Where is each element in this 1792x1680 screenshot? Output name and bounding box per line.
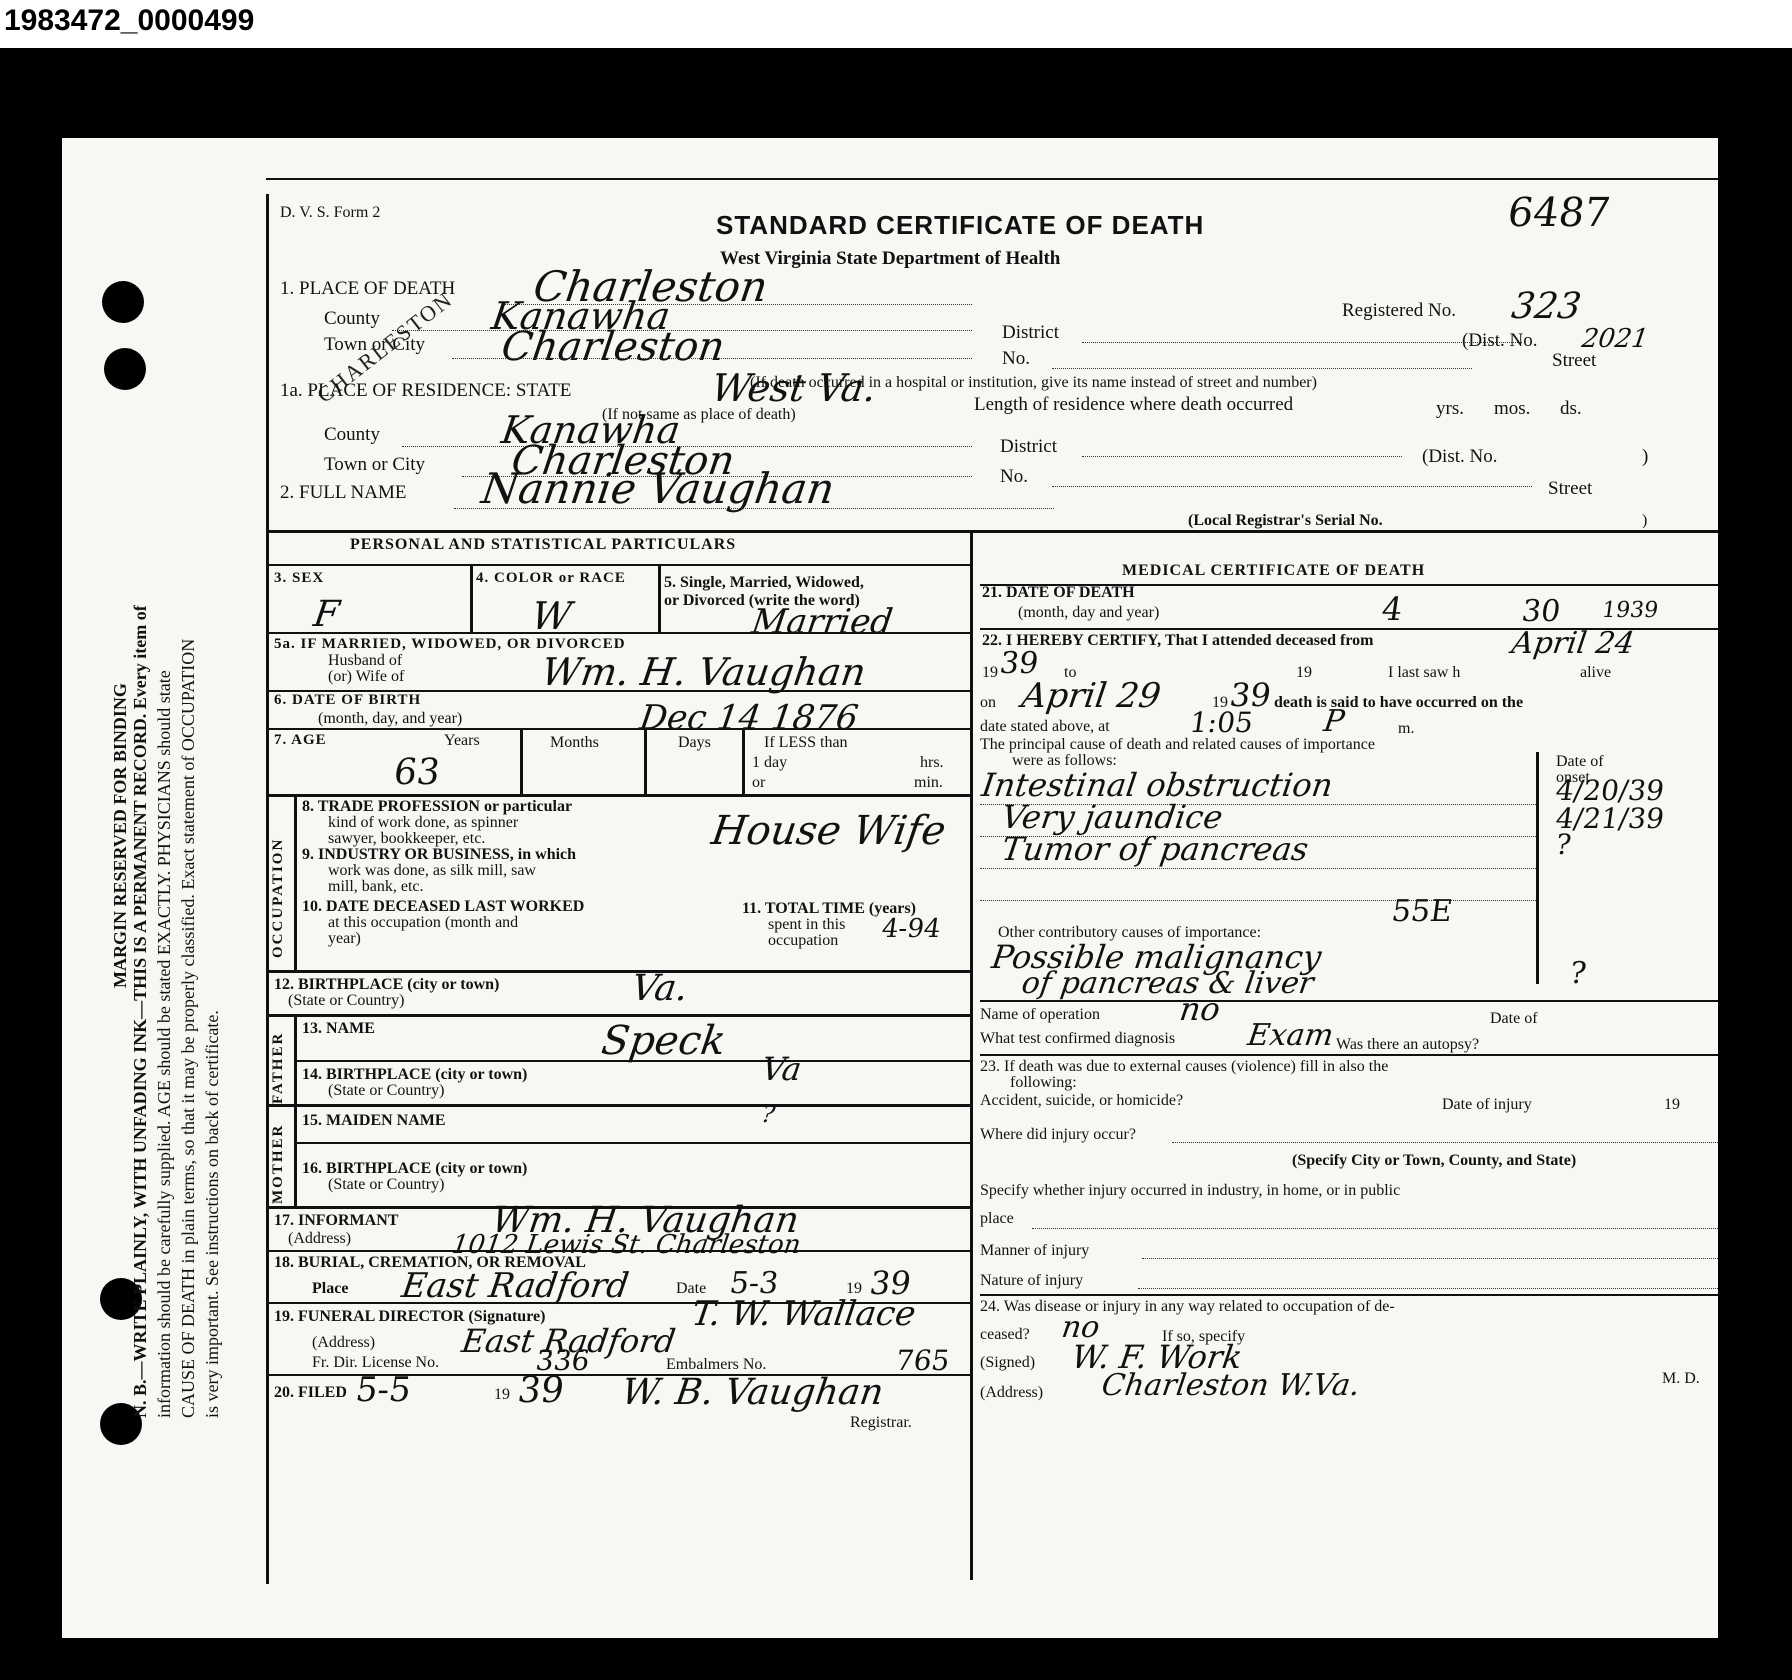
dod-year: 1939 bbox=[1600, 598, 1660, 623]
length-label: Length of residence where death occurred bbox=[974, 394, 1293, 416]
where-note: (Specify City or Town, County, and State… bbox=[1292, 1152, 1576, 1170]
filed-year-prefix: 19 bbox=[494, 1386, 510, 1404]
father-side-rule bbox=[294, 1014, 297, 1114]
nature-rule bbox=[980, 1294, 1718, 1296]
occ-related-label-2: ceased? bbox=[980, 1326, 1030, 1344]
less-hrs: hrs. bbox=[920, 754, 944, 772]
maiden-label: 15. MAIDEN NAME bbox=[302, 1112, 446, 1130]
last-saw-date: April 29 bbox=[1019, 676, 1163, 716]
age-label: 7. AGE bbox=[274, 732, 327, 749]
margin-binding-note: MARGIN RESERVED FOR BINDING bbox=[110, 683, 131, 988]
manner-label: Manner of injury bbox=[980, 1242, 1089, 1260]
ds-label: ds. bbox=[1560, 398, 1582, 420]
row6-rule bbox=[266, 728, 970, 730]
father-side-label: FATHER bbox=[270, 1032, 287, 1104]
signed-label: (Signed) bbox=[980, 1354, 1035, 1372]
maiden-value: ? bbox=[760, 1100, 777, 1128]
nature-line bbox=[1138, 1288, 1718, 1289]
father-name: Speck bbox=[599, 1018, 729, 1064]
full-name-label: 2. FULL NAME bbox=[280, 482, 407, 504]
operation-date-label: Date of bbox=[1490, 1010, 1538, 1028]
where-label: Where did injury occur? bbox=[980, 1126, 1136, 1144]
years-label: Years bbox=[444, 732, 480, 750]
years-divider bbox=[520, 728, 523, 794]
certificate-title: STANDARD CERTIFICATE OF DEATH bbox=[716, 210, 1204, 241]
age-years: 63 bbox=[391, 752, 443, 793]
operation-value: no bbox=[1177, 990, 1222, 1028]
trade-value: House Wife bbox=[709, 808, 949, 854]
informant-label: 17. INFORMANT bbox=[274, 1212, 398, 1230]
informant-address-label: (Address) bbox=[288, 1230, 351, 1248]
certificate-number: 6487 bbox=[1505, 190, 1613, 236]
injury-date-label: Date of injury bbox=[1442, 1096, 1532, 1114]
marital-value: Married bbox=[749, 602, 895, 642]
sex-label: 3. SEX bbox=[274, 570, 324, 587]
spouse-label-3: (or) Wife of bbox=[328, 668, 404, 686]
cause-3-line bbox=[980, 868, 1536, 869]
personal-section-title: PERSONAL AND STATISTICAL PARTICULARS bbox=[350, 536, 736, 554]
town-line bbox=[452, 358, 972, 359]
residence-dist-close: ) bbox=[1642, 446, 1648, 468]
binding-hole-middle bbox=[104, 348, 146, 390]
residence-district-label: District bbox=[1000, 436, 1057, 458]
burial-place-label: Place bbox=[312, 1280, 348, 1298]
days-divider bbox=[742, 728, 745, 794]
last-saw-label: I last saw h bbox=[1388, 664, 1460, 682]
yrs-label: yrs. bbox=[1436, 398, 1464, 420]
margin-instructions-4: is very important. See instructions on b… bbox=[202, 1010, 223, 1418]
no-line bbox=[1052, 368, 1472, 369]
filed-label: 20. FILED bbox=[274, 1384, 347, 1402]
filed-year: 39 bbox=[515, 1370, 567, 1411]
dod-label-2: (month, day and year) bbox=[1018, 604, 1159, 622]
manner-line bbox=[1142, 1258, 1718, 1259]
burial-place: East Radford bbox=[399, 1266, 631, 1306]
residence-no-label: No. bbox=[1000, 466, 1028, 488]
death-certificate: MARGIN RESERVED FOR BINDING N. B.—WRITE … bbox=[62, 138, 1718, 1638]
occ-related-label-1: 24. Was disease or injury in any way rel… bbox=[980, 1298, 1395, 1316]
father-rule bbox=[266, 1104, 970, 1107]
months-label: Months bbox=[550, 734, 599, 752]
informant-rule bbox=[266, 1250, 970, 1252]
father-birthplace: Va bbox=[759, 1050, 804, 1088]
residence-district-line bbox=[1082, 456, 1402, 457]
industry-label-3: mill, bank, etc. bbox=[328, 878, 424, 896]
mother-side-rule bbox=[294, 1104, 297, 1208]
father-name-label: 13. NAME bbox=[302, 1020, 375, 1038]
operation-label: Name of operation bbox=[980, 1006, 1100, 1024]
specify-label: Specify whether injury occurred in indus… bbox=[980, 1182, 1400, 1200]
birthplace-value: Va. bbox=[629, 968, 690, 1009]
district-line bbox=[1082, 342, 1522, 343]
residence-county-label: County bbox=[324, 424, 380, 446]
mother-side-label: MOTHER bbox=[270, 1124, 287, 1204]
sex-divider bbox=[470, 564, 473, 632]
on-label: on bbox=[980, 694, 996, 712]
street-label: Street bbox=[1552, 350, 1596, 372]
other-onset: ? bbox=[1568, 956, 1589, 991]
form-number: D. V. S. Form 2 bbox=[280, 204, 380, 222]
margin-instructions-3: CAUSE OF DEATH in plain terms, so that i… bbox=[178, 639, 199, 1418]
onset-3: ? bbox=[1554, 828, 1574, 861]
spouse-value: Wm. H. Vaughan bbox=[539, 650, 869, 694]
margin-instructions-2: information should be carefully supplied… bbox=[154, 670, 175, 1418]
alive-label: alive bbox=[1580, 664, 1611, 682]
full-name-line bbox=[454, 508, 1054, 509]
death-said-label: death is said to have occurred on the bbox=[1274, 694, 1523, 712]
test-label: What test confirmed diagnosis bbox=[980, 1030, 1175, 1048]
months-divider bbox=[644, 728, 647, 794]
onset-divider bbox=[1536, 752, 1539, 984]
birthplace-rule bbox=[266, 1014, 970, 1017]
external-label-2: following: bbox=[1010, 1074, 1077, 1092]
physician-address-label: (Address) bbox=[980, 1384, 1043, 1402]
occupation-side-label: OCCUPATION bbox=[270, 838, 287, 958]
embalmer-value: 765 bbox=[894, 1344, 952, 1377]
father-bp-label-2: (State or Country) bbox=[328, 1082, 444, 1100]
time-ampm: P bbox=[1322, 704, 1347, 739]
certificate-subtitle: West Virginia State Department of Health bbox=[720, 248, 1060, 270]
dist-no-label: (Dist. No. bbox=[1462, 330, 1537, 352]
dob-label-2: (month, day, and year) bbox=[318, 710, 462, 728]
race-divider bbox=[658, 564, 661, 632]
residence-state: West Va. bbox=[709, 366, 879, 410]
time-of-death: 1:05 bbox=[1188, 706, 1256, 739]
less-min: min. bbox=[914, 774, 943, 792]
serial-label: (Local Registrar's Serial No. bbox=[1188, 512, 1383, 530]
other-causes-rule bbox=[980, 1000, 1718, 1002]
dod-day: 30 bbox=[1520, 594, 1563, 629]
to-year-prefix: 19 bbox=[1296, 664, 1312, 682]
occupation-rule bbox=[266, 970, 970, 973]
funeral-address-label: (Address) bbox=[312, 1334, 375, 1352]
less-label-1: If LESS than bbox=[764, 734, 848, 752]
cause-code: 55E bbox=[1390, 894, 1455, 929]
other-cause-2: of pancreas & liver bbox=[1020, 966, 1316, 1001]
dob-label-1: 6. DATE OF BIRTH bbox=[274, 692, 421, 709]
total-time-value: 4-94 bbox=[880, 914, 943, 944]
town-of-death: Charleston bbox=[499, 324, 728, 370]
dod-month: 4 bbox=[1379, 590, 1405, 628]
personal-title-rule bbox=[266, 564, 970, 566]
last-worked-label-3: year) bbox=[328, 930, 361, 948]
row7-rule bbox=[266, 794, 970, 797]
days-label: Days bbox=[678, 734, 711, 752]
race-label: 4. COLOR or RACE bbox=[476, 570, 626, 587]
md-label: M. D. bbox=[1662, 1370, 1700, 1388]
row3-rule bbox=[266, 632, 970, 634]
binding-hole-top bbox=[102, 281, 144, 323]
residence-street-label: Street bbox=[1548, 478, 1592, 500]
place-line bbox=[1032, 1228, 1718, 1229]
maiden-rule bbox=[294, 1142, 970, 1144]
place-label: place bbox=[980, 1210, 1014, 1228]
father-name-rule bbox=[294, 1060, 970, 1062]
county-label: County bbox=[324, 308, 380, 330]
certify-label: 22. I HEREBY CERTIFY, That I attended de… bbox=[982, 632, 1373, 650]
birthplace-label-2: (State or Country) bbox=[288, 992, 404, 1010]
where-line bbox=[1172, 1142, 1718, 1143]
serial-close: ) bbox=[1642, 512, 1647, 530]
registrar-signature: W. B. Vaughan bbox=[619, 1372, 886, 1413]
occupation-side-rule bbox=[294, 794, 297, 970]
accident-label: Accident, suicide, or homicide? bbox=[980, 1092, 1183, 1110]
registered-no: 323 bbox=[1509, 286, 1583, 327]
m-label: m. bbox=[1398, 720, 1414, 738]
mother-bp-label-2: (State or Country) bbox=[328, 1176, 444, 1194]
margin-instructions-1: N. B.—WRITE PLAINLY, WITH UNFADING INK—T… bbox=[130, 605, 151, 1418]
top-bar: 1983472_0000499 bbox=[0, 0, 1792, 48]
filed-date: 5-5 bbox=[353, 1370, 413, 1410]
funeral-director: T. W. Wallace bbox=[689, 1294, 918, 1334]
marital-label-1: 5. Single, Married, Widowed, bbox=[664, 574, 864, 592]
center-divider bbox=[970, 530, 973, 1580]
residence-label: 1a. PLACE OF RESIDENCE: STATE bbox=[280, 380, 571, 402]
less-label-2: 1 day bbox=[752, 754, 787, 772]
dod-label-1: 21. DATE OF DEATH bbox=[982, 584, 1135, 602]
residence-town-label: Town or City bbox=[324, 454, 425, 476]
residence-dist-no-label: (Dist. No. bbox=[1422, 446, 1497, 468]
cause-3: Tumor of pancreas bbox=[999, 830, 1310, 868]
injury-year-prefix: 19 bbox=[1664, 1096, 1680, 1114]
registrar-label: Registrar. bbox=[850, 1414, 912, 1432]
from-year-prefix: 19 bbox=[982, 664, 998, 682]
autopsy-label: Was there an autopsy? bbox=[1336, 1036, 1479, 1054]
test-rule bbox=[980, 1054, 1718, 1056]
medical-section-title: MEDICAL CERTIFICATE OF DEATH bbox=[1122, 562, 1425, 580]
no-label: No. bbox=[1002, 348, 1030, 370]
sex-value: F bbox=[311, 594, 342, 635]
divider-name bbox=[266, 530, 1718, 533]
residence-no-line bbox=[1052, 486, 1532, 487]
form-top-border bbox=[266, 178, 1718, 180]
physician-address: Charleston W.Va. bbox=[1100, 1368, 1363, 1403]
nature-label: Nature of injury bbox=[980, 1272, 1083, 1290]
mos-label: mos. bbox=[1494, 398, 1530, 420]
full-name: Nannie Vaughan bbox=[479, 464, 838, 513]
less-label-3: or bbox=[752, 774, 765, 792]
attended-from: April 24 bbox=[1510, 626, 1637, 661]
district-label: District bbox=[1002, 322, 1059, 344]
date-stated-label: date stated above, at bbox=[980, 718, 1110, 736]
image-id-label: 1983472_0000499 bbox=[4, 4, 254, 38]
dob-value: Dec 14 1876 bbox=[637, 698, 860, 738]
total-time-label-3: occupation bbox=[768, 932, 838, 950]
test-value: Exam bbox=[1246, 1018, 1336, 1053]
registered-no-label: Registered No. bbox=[1342, 300, 1456, 322]
